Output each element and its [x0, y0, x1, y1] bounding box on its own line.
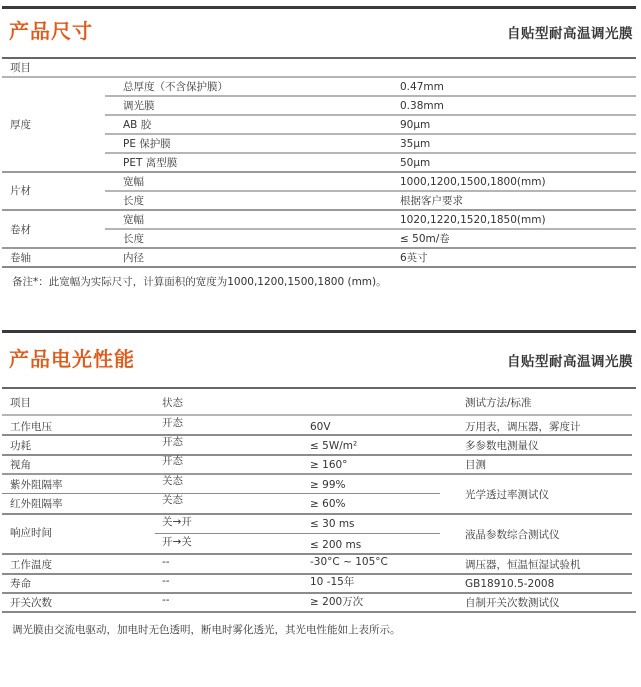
- row-value: 根据客户要求: [400, 195, 463, 208]
- row-divider: [2, 454, 632, 456]
- row-value: ≤ 5W/m²: [310, 440, 357, 453]
- row-value: 0.47mm: [400, 81, 444, 94]
- row-state: --: [162, 575, 170, 588]
- header-bottom-rule: [2, 414, 632, 416]
- table-bottom-rule: [2, 611, 636, 613]
- row-sub: PE 保护膜: [123, 138, 171, 151]
- row-value: ≥ 60%: [310, 498, 345, 511]
- row-sub: AB 胶: [123, 119, 151, 132]
- header-state: 状态: [162, 397, 183, 410]
- row-divider: [105, 133, 636, 135]
- row-item: 视角: [10, 459, 31, 472]
- row-sub: 长度: [123, 195, 144, 208]
- group-divider: [2, 171, 636, 173]
- row-item: 开关次数: [10, 597, 52, 610]
- row-state: 开→关: [162, 536, 192, 549]
- dimensions-subtitle: 自贴型耐高温调光膜: [507, 22, 633, 42]
- row-value: 50μm: [400, 157, 430, 170]
- row-value: 90μm: [400, 119, 430, 132]
- row-divider: [2, 434, 632, 436]
- row-value: ≤ 30 ms: [310, 518, 355, 531]
- row-method-merged: 光学透过率测试仪: [465, 489, 549, 502]
- row-value: 35μm: [400, 138, 430, 151]
- performance-subtitle: 自贴型耐高温调光膜: [507, 350, 633, 370]
- row-value: ≤ 200 ms: [310, 539, 361, 552]
- row-sub: 调光膜: [123, 100, 155, 113]
- row-item-merged: 响应时间: [10, 527, 52, 540]
- row-value: 60V: [310, 421, 331, 434]
- row-divider: [105, 152, 636, 154]
- row-state: --: [162, 594, 170, 607]
- group-label-sheet: 片材: [10, 185, 31, 198]
- row-method: 目测: [465, 459, 486, 472]
- row-value: 1020,1220,1520,1850(mm): [400, 214, 546, 227]
- row-value: 1000,1200,1500,1800(mm): [400, 176, 546, 189]
- row-divider: [2, 473, 632, 475]
- row-item: 红外阻隔率: [10, 498, 63, 511]
- section-top-rule: [2, 330, 636, 333]
- performance-title: 产品电光性能: [9, 343, 135, 372]
- row-item: 紫外阻隔率: [10, 479, 63, 492]
- row-divider: [105, 190, 636, 192]
- row-divider: [105, 228, 636, 230]
- row-divider: [105, 95, 636, 97]
- row-state: 关态: [162, 475, 183, 488]
- row-divider: [2, 513, 632, 515]
- header-item: 项目: [10, 397, 31, 410]
- group-divider: [2, 209, 636, 211]
- row-value: ≥ 160°: [310, 459, 347, 472]
- header-top-rule: [2, 57, 636, 59]
- header-bottom-rule: [2, 76, 636, 78]
- table-bottom-rule: [2, 266, 636, 268]
- row-sub: 内径: [123, 252, 144, 265]
- row-state: --: [162, 556, 170, 569]
- row-value: 10 -15年: [310, 576, 354, 589]
- row-divider: [2, 553, 632, 555]
- dimensions-title: 产品尺寸: [9, 15, 93, 44]
- row-method: 多参数电测量仪: [465, 440, 539, 453]
- row-divider: [2, 493, 440, 494]
- row-state: 开态: [162, 436, 183, 449]
- group-divider: [2, 247, 636, 249]
- row-value: ≥ 99%: [310, 479, 345, 492]
- row-divider: [2, 573, 632, 575]
- row-sub: 宽幅: [123, 214, 144, 227]
- row-method: 自制开关次数测试仪: [465, 597, 560, 610]
- row-sub: 宽幅: [123, 176, 144, 189]
- row-method: GB18910.5-2008: [465, 578, 554, 591]
- row-value: ≤ 50m/卷: [400, 233, 450, 246]
- header-method: 测试方法/标准: [465, 397, 532, 410]
- row-item: 寿命: [10, 578, 31, 591]
- row-method: 调压器，恒温恒湿试验机: [465, 559, 581, 572]
- row-value: -30°C ~ 105°C: [310, 556, 388, 569]
- row-state: 开态: [162, 417, 183, 430]
- performance-note: 调光膜由交流电驱动，加电时无色透明，断电时雾化透光，其光电性能如上表所示。: [12, 622, 401, 637]
- row-sub: 总厚度（不含保护膜）: [123, 81, 228, 94]
- group-label-roll: 卷材: [10, 224, 31, 237]
- row-state: 关→开: [162, 516, 192, 529]
- row-sub: 长度: [123, 233, 144, 246]
- row-value: 6英寸: [400, 252, 428, 265]
- section-top-rule: [2, 6, 636, 9]
- row-divider: [2, 592, 632, 594]
- dimensions-note: 备注*：此宽幅为实际尺寸，计算面积的宽度为1000,1200,1500,1800…: [12, 274, 387, 289]
- row-divider: [105, 114, 636, 116]
- row-value: 0.38mm: [400, 100, 444, 113]
- row-state: 开态: [162, 455, 183, 468]
- row-item: 工作温度: [10, 559, 52, 572]
- row-divider: [155, 533, 440, 534]
- row-item: 工作电压: [10, 421, 52, 434]
- header-item: 项目: [10, 62, 31, 75]
- row-method: 万用表，调压器，雾度计: [465, 421, 581, 434]
- row-sub: PET 离型膜: [123, 157, 177, 170]
- group-label-core: 卷轴: [10, 252, 31, 265]
- header-top-rule: [2, 387, 636, 389]
- row-item: 功耗: [10, 440, 31, 453]
- group-label-thickness: 厚度: [10, 119, 31, 132]
- row-method-merged: 液晶参数综合测试仪: [465, 529, 560, 542]
- row-value: ≥ 200万次: [310, 596, 363, 609]
- row-state: 关态: [162, 494, 183, 507]
